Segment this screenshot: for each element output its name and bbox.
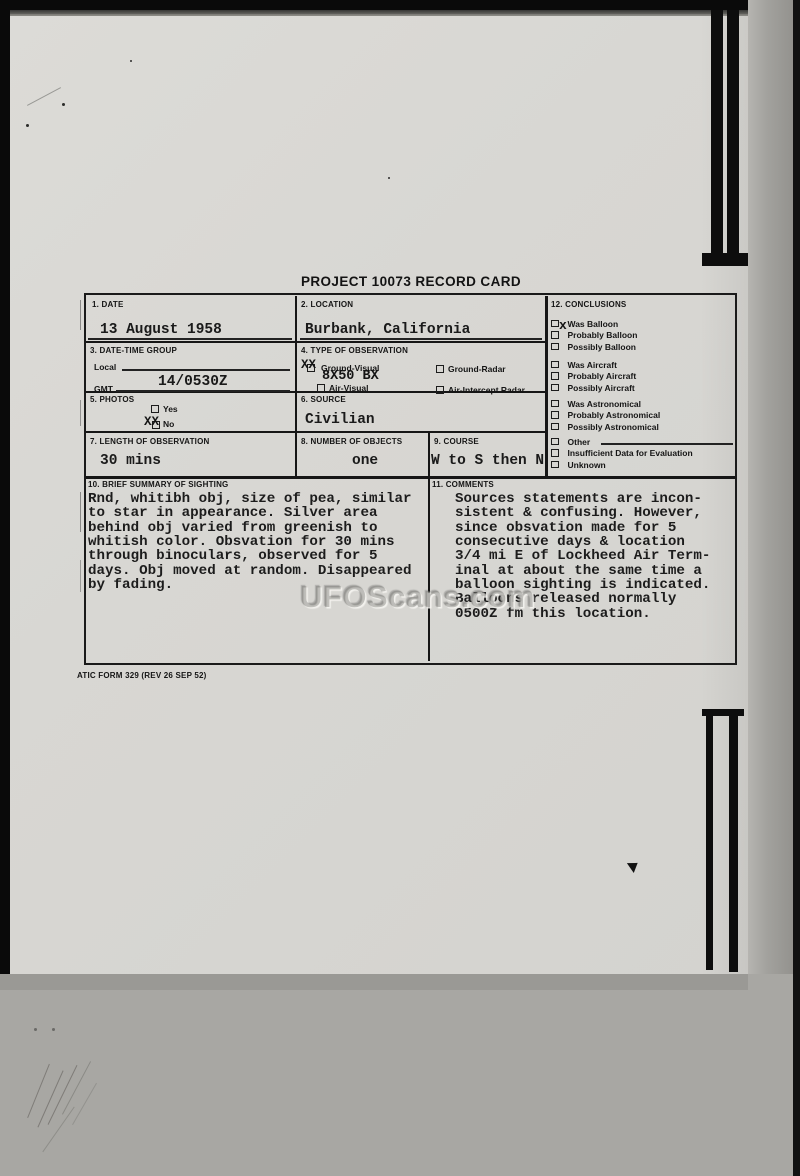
- gmt-value: 14/0530Z: [158, 374, 228, 390]
- conclusion-item: Insufficient Data for Evaluation: [551, 448, 693, 459]
- checkbox-photos-yes: [151, 405, 159, 413]
- checkbox-was-aircraft: [551, 361, 559, 369]
- comments-label: 11. COMMENTS: [432, 480, 494, 489]
- comments-line: Sources statements are incon-: [455, 492, 725, 506]
- local-label: Local: [94, 362, 116, 372]
- date-time-group-label: 3. DATE-TIME GROUP: [90, 346, 177, 355]
- comments-line: since obsvation made for 5: [455, 521, 725, 535]
- photos-no-mark: XX: [144, 415, 159, 429]
- divider: [545, 296, 548, 477]
- air-intercept-radar-label: Air-Intercept Radar: [448, 385, 525, 395]
- number-of-objects-label: 8. NUMBER OF OBJECTS: [301, 437, 402, 446]
- photos-yes-label: Yes: [163, 404, 178, 414]
- summary-line: through binoculars, observed for 5: [88, 549, 426, 563]
- watermark: UFOScans.com: [300, 579, 535, 615]
- binoculars-note: 8X50 BX: [322, 369, 379, 384]
- divider: [86, 431, 545, 433]
- location-label: 2. LOCATION: [301, 300, 353, 309]
- other-underline: [601, 443, 733, 445]
- film-mark-mid-bar-left: [706, 712, 713, 970]
- film-mark-top-bar-left: [711, 10, 723, 258]
- conclusion-item-label: Probably Aircraft: [568, 371, 637, 381]
- conclusion-item-label: Probably Balloon: [568, 330, 638, 340]
- paper-speck: [62, 103, 65, 106]
- summary-line: whitish color. Obsvation for 30 mins: [88, 535, 426, 549]
- form-footer: ATIC FORM 329 (REV 26 SEP 52): [77, 671, 207, 680]
- conclusion-item-label: Insufficient Data for Evaluation: [568, 448, 693, 458]
- card-title: PROJECT 10073 RECORD CARD: [85, 274, 737, 289]
- film-mark-top-bar-right: [727, 10, 739, 256]
- comments-line: consecutive days & location: [455, 535, 725, 549]
- conclusion-item: Was Astronomical: [551, 398, 641, 409]
- conclusion-item: Probably Balloon: [551, 330, 637, 341]
- scan-top-border: [0, 0, 800, 10]
- length-of-observation-label: 7. LENGTH OF OBSERVATION: [90, 437, 209, 446]
- checkbox-was-astronomical: [551, 400, 559, 408]
- scanned-page: PROJECT 10073 RECORD CARD 1. DATE 13 Aug…: [0, 0, 800, 1176]
- paper-speck: [388, 177, 390, 179]
- checkbox-possibly-aircraft: [551, 384, 559, 392]
- conclusion-item-label: Other: [568, 437, 591, 447]
- checkbox-ground-radar: [436, 365, 444, 373]
- number-of-objects-value: one: [352, 453, 378, 469]
- gmt-label: GMT: [94, 384, 113, 394]
- margin-dash: [80, 300, 81, 330]
- conclusion-item-label: Unknown: [568, 460, 606, 470]
- checkbox-probably-astronomical: [551, 411, 559, 419]
- margin-dash: [80, 560, 81, 592]
- paper-speck: [26, 124, 29, 127]
- course-value: W to S then N: [431, 453, 544, 469]
- paper-speck: [34, 1028, 37, 1031]
- location-value: Burbank, California: [305, 322, 470, 338]
- gmt-underline: [116, 390, 290, 392]
- summary-line: behind obj varied from greenish to: [88, 521, 426, 535]
- checkbox-possibly-astronomical: [551, 423, 559, 431]
- summary-line: to star in appearance. Silver area: [88, 506, 426, 520]
- checkbox-probably-aircraft: [551, 372, 559, 380]
- length-of-observation-value: 30 mins: [100, 453, 161, 469]
- conclusion-item: Possibly Balloon: [551, 341, 636, 352]
- date-label: 1. DATE: [92, 300, 123, 309]
- ground-visual-mark: XX: [301, 358, 316, 372]
- checkbox-possibly-balloon: [551, 343, 559, 351]
- date-value: 13 August 1958: [100, 322, 222, 338]
- conclusion-item-label: Probably Astronomical: [568, 410, 661, 420]
- date-underline: [88, 338, 292, 340]
- photos-label: 5. PHOTOS: [90, 395, 134, 404]
- paper-top-edge: [10, 10, 750, 16]
- checkbox-unknown: [551, 461, 559, 469]
- comments-line: inal at about the same time a: [455, 564, 725, 578]
- conclusion-item-label: Was Aircraft: [568, 360, 617, 370]
- checkbox-insufficient-data: [551, 449, 559, 457]
- conclusion-item: Probably Aircraft: [551, 371, 636, 382]
- margin-dash: [80, 492, 81, 532]
- film-mark-top-serif: [702, 253, 748, 266]
- local-underline: [122, 369, 290, 371]
- scan-right-border: [793, 0, 800, 1176]
- divider: [428, 433, 430, 661]
- conclusions-label: 12. CONCLUSIONS: [551, 300, 626, 309]
- source-value: Civilian: [305, 412, 375, 428]
- air-visual-label: Air-Visual: [329, 383, 369, 393]
- divider: [86, 476, 735, 479]
- course-label: 9. COURSE: [434, 437, 479, 446]
- type-of-observation-label: 4. TYPE OF OBSERVATION: [301, 346, 408, 355]
- conclusion-item: Unknown: [551, 459, 606, 470]
- source-label: 6. SOURCE: [301, 395, 346, 404]
- scan-left-border: [0, 0, 10, 974]
- summary-line: Rnd, whitibh obj, size of pea, similar: [88, 492, 426, 506]
- checkbox-air-visual: [317, 384, 325, 392]
- conclusion-item-label: Possibly Aircraft: [568, 383, 635, 393]
- comments-line: sistent & confusing. However,: [455, 506, 725, 520]
- checkbox-other: [551, 438, 559, 446]
- brief-summary-label: 10. BRIEF SUMMARY OF SIGHTING: [88, 480, 228, 489]
- checkbox-was-balloon: [551, 320, 559, 328]
- ground-radar-label: Ground-Radar: [448, 364, 506, 374]
- conclusion-item-label: Was Balloon: [568, 319, 619, 329]
- paper-speck: [130, 60, 132, 62]
- comments-line: 3/4 mi E of Lockheed Air Term-: [455, 549, 725, 563]
- photos-no-label: No: [163, 419, 174, 429]
- conclusion-item: Probably Astronomical: [551, 410, 660, 421]
- film-mark-mid-bar-right: [729, 712, 738, 972]
- margin-dash: [80, 400, 81, 426]
- scanner-background: [0, 974, 793, 1176]
- conclusion-item-label: Was Astronomical: [568, 399, 642, 409]
- divider: [295, 296, 297, 477]
- checkbox-probably-balloon: [551, 331, 559, 339]
- divider: [86, 341, 545, 343]
- brief-summary-text: Rnd, whitibh obj, size of pea, similar t…: [88, 492, 426, 592]
- conclusion-item-label: Possibly Astronomical: [568, 422, 659, 432]
- paper-speck: [52, 1028, 55, 1031]
- conclusion-item: Was Aircraft: [551, 359, 617, 370]
- summary-line: days. Obj moved at random. Disappeared: [88, 564, 426, 578]
- conclusion-item: Possibly Astronomical: [551, 421, 659, 432]
- location-underline: [300, 338, 542, 340]
- conclusion-item: Other: [551, 436, 590, 447]
- conclusion-item: Possibly Aircraft: [551, 382, 635, 393]
- checkbox-air-intercept-radar: [436, 386, 444, 394]
- paper-bottom-shadow: [0, 974, 748, 990]
- conclusion-item-label: Possibly Balloon: [568, 342, 637, 352]
